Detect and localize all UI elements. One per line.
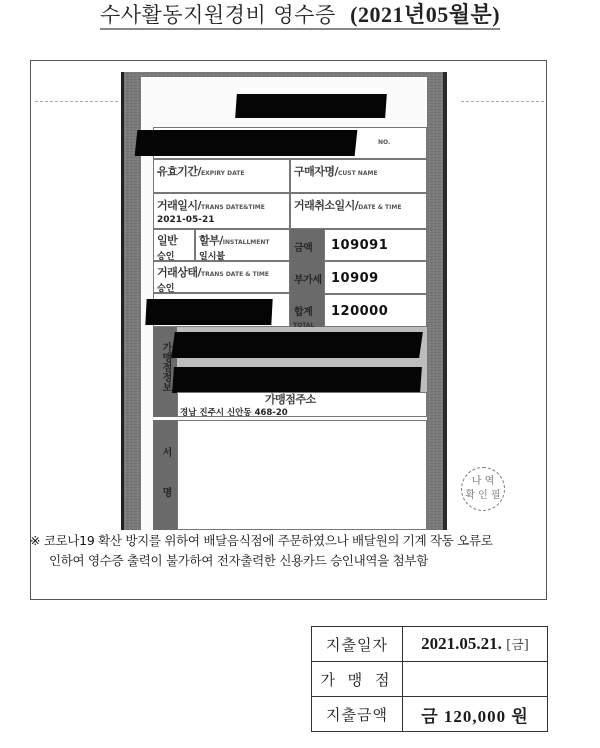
receipt-paper: NO. 유효기간/EXPIRY DATE 구매자명/CUST NAME 거래일시…	[141, 77, 427, 530]
expense-date-value: 2021.05.21.	[421, 634, 502, 653]
installment-label: 할부/	[199, 234, 223, 247]
redacted-card-number	[135, 130, 358, 156]
divider	[461, 101, 546, 102]
redacted-merchant-name	[235, 94, 387, 118]
status-label: 거래상태/	[157, 266, 201, 279]
type-label: 일반	[157, 232, 177, 248]
expense-date-cell: 2021.05.21. [금]	[403, 627, 548, 662]
merchant-address-label: 가맹점주소	[265, 391, 316, 407]
amount-label: 금액	[294, 239, 312, 254]
scanned-card-receipt: NO. 유효기간/EXPIRY DATE 구매자명/CUST NAME 거래일시…	[121, 72, 447, 530]
status-cell: 거래상태/TRANS DATE & TIME 승인	[153, 261, 290, 293]
title-text: 수사활동지원경비 영수증	[100, 3, 336, 30]
vat-label: 부가세	[294, 271, 321, 286]
merchant-label: 가 맹 점	[312, 662, 403, 697]
table-row: 가 맹 점	[312, 662, 548, 697]
expense-date-label: 지출일자	[312, 627, 403, 662]
card-no-label: NO.	[378, 139, 390, 146]
total-value-cell: 120000	[324, 294, 427, 327]
total-value: 120000	[331, 304, 388, 319]
trans-datetime-cell: 거래일시/TRANS DATE&TIME 2021-05-21	[153, 193, 290, 229]
vat-value-cell: 10909	[324, 261, 427, 294]
cancel-datetime-label: 거래취소일시/	[294, 199, 358, 212]
redacted-approval-number	[145, 299, 272, 325]
installment-cell: 할부/INSTALLMENT 일시불	[195, 229, 290, 261]
redacted-merchant-details	[172, 367, 422, 393]
merchant-address-value: 경남 진주시 신안동 468-20	[180, 406, 288, 418]
stamp-line-2: 확 인 필	[462, 489, 504, 503]
table-row: 지출금액 금 120,000 원	[312, 697, 548, 732]
cancel-datetime-cell: 거래취소일시/DATE & TIME	[290, 193, 427, 229]
merchant-section-label: 가맹점정보	[158, 342, 173, 392]
signature-box	[177, 420, 427, 530]
amount-value-cell: 109091	[324, 229, 427, 261]
total-label: 합계	[294, 303, 312, 318]
document-title: 수사활동지원경비 영수증 (2021년05월분)	[0, 0, 600, 30]
expense-day-of-week: [금]	[506, 638, 529, 653]
verification-stamp: 나 역 확 인 필	[461, 467, 505, 511]
scan-edge	[121, 72, 124, 530]
customer-label: 구매자명/	[294, 165, 338, 178]
expense-amount-label: 지출금액	[312, 697, 403, 732]
scan-edge	[443, 72, 447, 530]
sign-section-label: 서명	[158, 447, 173, 527]
vat-value: 10909	[331, 271, 379, 286]
expiry-label: 유효기간/	[157, 165, 201, 178]
table-row: 지출일자 2021.05.21. [금]	[312, 627, 548, 662]
expense-amount-value: 금 120,000 원	[403, 697, 548, 732]
type-cell: 일반 승인	[153, 229, 195, 261]
card-approval-table: NO. 유효기간/EXPIRY DATE 구매자명/CUST NAME 거래일시…	[141, 127, 431, 527]
explanatory-note: ※ 코로나19 확산 방지를 위하여 배달음식점에 주문하였으나 배달원의 기계…	[30, 531, 570, 571]
title-period: (2021년05월분)	[350, 2, 500, 30]
expense-summary-table: 지출일자 2021.05.21. [금] 가 맹 점 지출금액 금 120,00…	[311, 626, 548, 732]
merchant-value	[403, 662, 548, 697]
redacted-merchant-info	[171, 332, 423, 358]
divider	[35, 101, 120, 102]
note-line-1: ※ 코로나19 확산 방지를 위하여 배달음식점에 주문하였으나 배달원의 기계…	[30, 531, 570, 551]
trans-datetime-label: 거래일시/	[157, 199, 201, 212]
note-line-2: 인하여 영수증 출력이 불가하여 전자출력한 신용카드 승인내역을 첨부함	[30, 551, 570, 571]
stamp-line-1: 나 역	[462, 475, 504, 489]
expiry-cell: 유효기간/EXPIRY DATE	[153, 159, 290, 193]
customer-cell: 구매자명/CUST NAME	[290, 159, 427, 193]
amount-value: 109091	[331, 238, 388, 253]
trans-datetime-value: 2021-05-21	[157, 215, 215, 225]
